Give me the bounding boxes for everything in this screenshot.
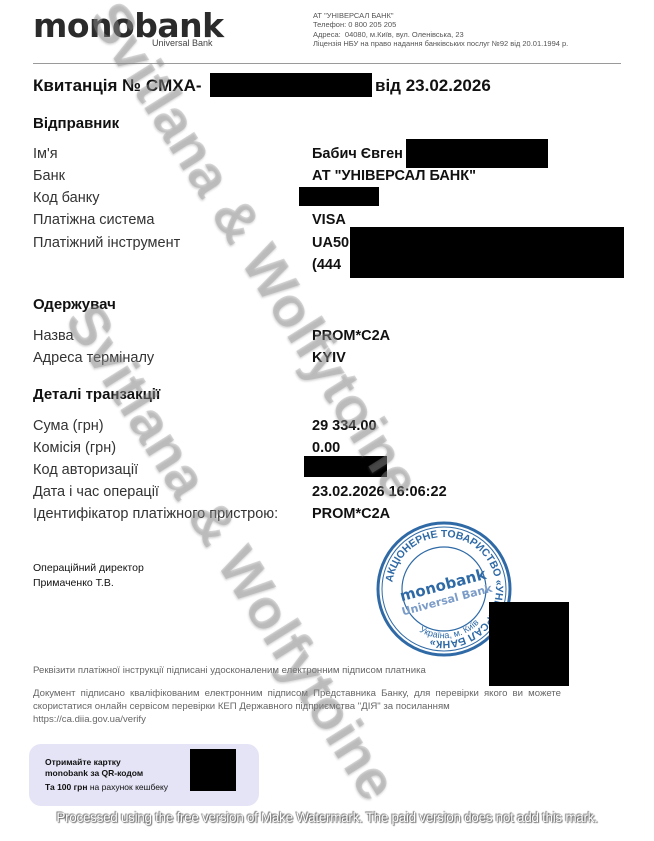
sender-heading: Відправник xyxy=(33,115,119,132)
bank-license: Ліцензія НБУ на право надання банківськи… xyxy=(313,39,568,48)
bank-name: АТ "УНІВЕРСАЛ БАНК" xyxy=(313,11,568,20)
redacted-receipt-number xyxy=(210,73,372,97)
payment-system-label: Платіжна система xyxy=(33,212,154,228)
signatory-position: Операційний директор xyxy=(33,561,144,576)
payment-system-value: VISA xyxy=(312,212,346,228)
amount-value: 29 334.00 xyxy=(312,418,377,434)
legal-notice: Документ підписано кваліфікованим електр… xyxy=(33,687,561,726)
receipt-date: від 23.02.2026 xyxy=(375,76,491,96)
redacted-sender-name xyxy=(406,139,548,168)
redacted-signature-overlay xyxy=(489,602,569,686)
legal-text: Документ підписано кваліфікованим електр… xyxy=(33,688,561,712)
sender-name-value: Бабич Євген xyxy=(312,146,403,162)
payment-instrument-label: Платіжний інструмент xyxy=(33,235,180,251)
recipient-heading: Одержувач xyxy=(33,296,116,313)
redacted-bank-code xyxy=(299,187,379,206)
promo-card[interactable]: Отримайте картку monobank за QR-кодом Та… xyxy=(29,744,259,806)
promo-line-3: Та 100 грн на рахунок кешбеку xyxy=(45,782,168,792)
payment-instrument-value: UA50 xyxy=(312,235,349,251)
commission-value: 0.00 xyxy=(312,440,340,456)
qr-code[interactable] xyxy=(190,749,236,791)
payer-signature-note: Реквізити платіжної інструкції підписані… xyxy=(33,665,426,676)
transaction-heading: Деталі транзакції xyxy=(33,386,160,403)
bank-info: АТ "УНІВЕРСАЛ БАНК" Телефон: 0 800 205 2… xyxy=(313,11,568,49)
logo-subtitle: Universal Bank xyxy=(152,38,213,48)
sender-bank-label: Банк xyxy=(33,168,65,184)
bank-address: Адреса: 04080, м.Київ, вул. Оленівська, … xyxy=(313,30,568,39)
receipt-number-prefix: Квитанція № CMXA- xyxy=(33,76,202,95)
receipt-title: Квитанція № CMXA- xyxy=(33,76,202,96)
signatory-name: Примаченко Т.В. xyxy=(33,576,144,591)
bank-code-label: Код банку xyxy=(33,190,99,206)
sender-name-label: Ім'я xyxy=(33,146,58,162)
datetime-value: 23.02.2026 16:06:22 xyxy=(312,484,447,500)
payment-instrument-value-2: (444 xyxy=(312,257,341,273)
auth-code-label: Код авторизації xyxy=(33,462,138,478)
promo-cashback-text: на рахунок кешбеку xyxy=(87,782,168,792)
verify-link[interactable]: https://ca.diia.gov.ua/verify xyxy=(33,714,146,725)
promo-line-1: Отримайте картку xyxy=(45,757,121,767)
commission-label: Комісія (грн) xyxy=(33,440,116,456)
header-divider xyxy=(33,63,621,64)
redacted-payment-instrument xyxy=(350,227,624,278)
terminal-address-value: KYIV xyxy=(312,350,346,366)
device-id-label: Ідентифікатор платіжного пристрою: xyxy=(33,506,278,522)
terminal-address-label: Адреса терміналу xyxy=(33,350,154,366)
promo-cashback-amount: Та 100 грн xyxy=(45,782,87,792)
watermark-bottom-text: Processed using the free version of Make… xyxy=(0,810,654,825)
recipient-name-value: PROM*C2A xyxy=(312,328,390,344)
recipient-name-label: Назва xyxy=(33,328,74,344)
datetime-label: Дата і час операції xyxy=(33,484,159,500)
sender-bank-value: АТ "УНІВЕРСАЛ БАНК" xyxy=(312,168,476,184)
amount-label: Сума (грн) xyxy=(33,418,104,434)
bank-phone: Телефон: 0 800 205 205 xyxy=(313,20,568,29)
watermark-diagonal-2: Svitlana & Wolfytoine xyxy=(53,292,411,811)
redacted-auth-code xyxy=(304,456,387,477)
signature-block: Операційний директор Примаченко Т.В. xyxy=(33,561,144,591)
promo-line-2: monobank за QR-кодом xyxy=(45,768,143,778)
